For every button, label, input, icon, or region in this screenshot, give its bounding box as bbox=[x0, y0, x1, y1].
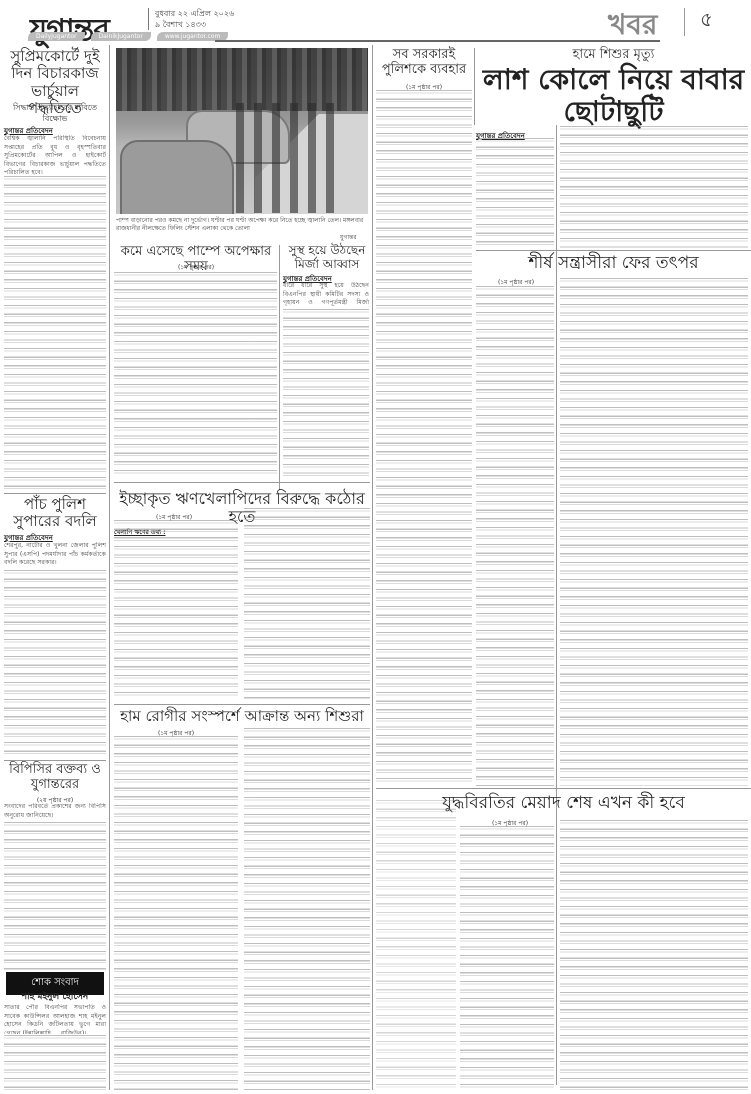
divider bbox=[376, 788, 751, 789]
article-body bbox=[560, 820, 748, 1090]
headline-measles-main[interactable]: লাশ কোলে নিয়ে বাবার ছোটাছুটি bbox=[476, 64, 751, 128]
article-body-continued bbox=[4, 822, 106, 970]
article-body bbox=[560, 126, 748, 248]
headline-terrorists-active[interactable]: শীর্ষ সন্ত্রাসীরা ফের তৎপর bbox=[476, 254, 751, 274]
headline-police-use[interactable]: সব সরকারই পুলিশকে ব্যবহার bbox=[376, 48, 472, 78]
article-body bbox=[376, 800, 456, 1090]
article-body bbox=[114, 736, 238, 1090]
social-links: DailyJugantor DainikJugantor www.juganto… bbox=[28, 32, 228, 41]
headline-measles-spread[interactable]: হাম রোগীর সংস্পর্শে আক্রান্ত অন্য শিশুরা bbox=[114, 708, 370, 725]
divider bbox=[114, 704, 370, 705]
headline-police-transfer[interactable]: পাঁচ পুলিশ সুপারের বদলি bbox=[4, 496, 106, 531]
kicker-measles-death: হামে শিশুর মৃত্যু bbox=[476, 48, 751, 63]
article-body bbox=[244, 508, 370, 700]
divider bbox=[4, 760, 106, 761]
date-bengali: ৯ বৈশাখ ১৪৩৩ bbox=[155, 19, 234, 30]
headline-bpc-statement[interactable]: বিপিসির বক্তব্য ও যুগান্তরের bbox=[4, 763, 106, 793]
photo-credit: যুগান্তর bbox=[340, 234, 357, 242]
page-number: ৫ bbox=[700, 5, 713, 38]
column-divider bbox=[372, 45, 373, 1090]
date-gregorian: বুধবার ২২ এপ্রিল ২০২৬ bbox=[155, 8, 234, 19]
divider bbox=[114, 482, 370, 483]
obituary-body-continued bbox=[4, 1035, 106, 1090]
divider bbox=[4, 493, 106, 494]
column-divider bbox=[109, 45, 110, 1090]
article-body bbox=[244, 728, 370, 1090]
article-body: শেরপুর, নাটোর ও খুলনা জেলার পুলিশ সুপার … bbox=[4, 542, 106, 568]
article-body bbox=[560, 278, 748, 786]
column-divider bbox=[474, 48, 475, 125]
section-title: খবর bbox=[608, 3, 657, 50]
facebook-link[interactable]: DainikJugantor bbox=[91, 32, 151, 41]
article-body bbox=[114, 272, 277, 477]
column-divider bbox=[279, 245, 280, 490]
kicker-supreme-court: সিদ্ধান্ত প্রত্যাহারের দাবিতে বিক্ষোভ bbox=[4, 102, 106, 124]
article-body: সংবাদের পরিবর্তে প্রকাশের জন্য বিপিসি অন… bbox=[4, 803, 106, 821]
twitter-link[interactable]: DailyJugantor bbox=[28, 32, 85, 41]
masthead-rule bbox=[215, 40, 660, 42]
article-body-continued bbox=[4, 570, 106, 758]
article-body: ধীরে ধীরে সুস্থ হয়ে উঠছেন বিএনপির স্থায… bbox=[283, 282, 369, 308]
article-body bbox=[376, 90, 472, 785]
article-body bbox=[476, 138, 554, 248]
article-body bbox=[476, 286, 554, 786]
photo-caption: পাম্প বাড়ানোর পরও কমছে না দুর্ভোগ। ঘণ্ট… bbox=[116, 217, 368, 233]
issue-date: বুধবার ২২ এপ্রিল ২০২৬ ৯ বৈশাখ ১৪৩৩ bbox=[148, 8, 234, 30]
headline-mirza-abbas[interactable]: সুস্থ হয়ে উঠছেন মির্জা আব্বাস bbox=[282, 244, 372, 272]
article-body-continued bbox=[283, 309, 369, 477]
article-body bbox=[114, 520, 238, 700]
obituary-body: সাতার পৌর বিএনপির সভাপতি ও সাবেক কাউন্সি… bbox=[4, 1004, 106, 1034]
article-body: বৈশ্বিক জ্বালানি পরিস্থিতি বিবেচনায় সপ্… bbox=[4, 135, 106, 175]
news-photo-fuel-queue bbox=[116, 48, 368, 214]
obituary-name: শাহ মইনুল হোসেন bbox=[4, 992, 106, 1002]
article-body-continued bbox=[4, 176, 106, 491]
article-body bbox=[460, 826, 554, 1090]
divider bbox=[476, 250, 751, 251]
section-separator bbox=[684, 8, 685, 36]
